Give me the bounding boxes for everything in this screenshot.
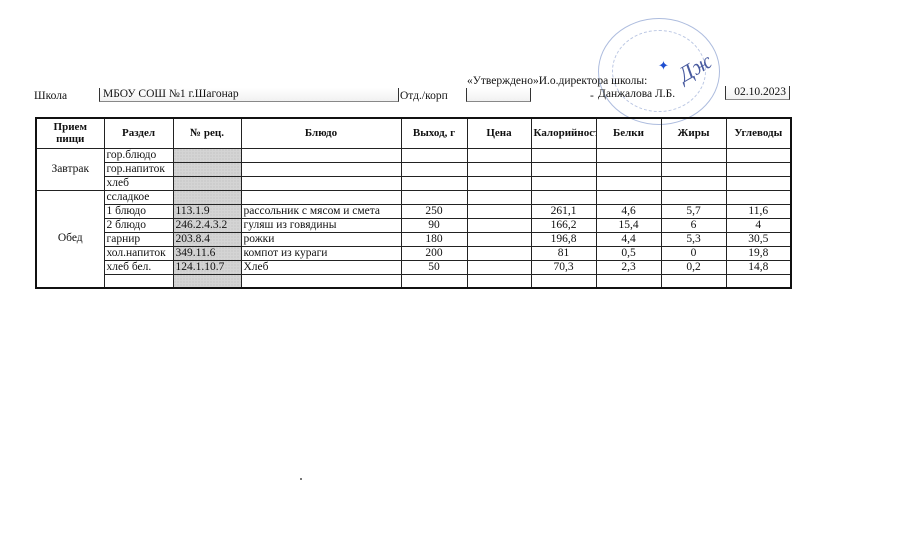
meal-name-cell: Завтрак [36,148,104,190]
calories-cell [531,190,596,204]
table-row: гарнир203.8.4рожки180196,84,45,330,5 [36,232,791,246]
date-field[interactable]: 02.10.2023 [725,86,790,100]
price-cell [467,176,531,190]
yield-cell [401,190,467,204]
fats-cell [661,162,726,176]
calories-cell: 261,1 [531,204,596,218]
table-row: хол.напиток349.11.6компот из кураги20081… [36,246,791,260]
recipe-cell [173,148,241,162]
carbs-cell [726,148,791,162]
scan-speck [300,478,302,480]
table-row: гор.напиток [36,162,791,176]
yield-cell [401,176,467,190]
dish-cell: Хлеб [241,260,401,274]
section-cell: гарнир [104,232,173,246]
carbs-cell: 19,8 [726,246,791,260]
proteins-cell [596,274,661,288]
meal-name-cell: Обед [36,190,104,288]
section-cell: 2 блюдо [104,218,173,232]
proteins-cell [596,190,661,204]
calories-cell [531,162,596,176]
col-proteins: Белки [596,118,661,148]
table-header-row: Прием пищи Раздел № рец. Блюдо Выход, г … [36,118,791,148]
col-section: Раздел [104,118,173,148]
price-cell [467,246,531,260]
fats-cell: 6 [661,218,726,232]
section-cell: ссладкое [104,190,173,204]
yield-cell: 180 [401,232,467,246]
col-carbs: Углеводы [726,118,791,148]
director-name: Данжалова Л.Б. [598,88,675,100]
yield-cell: 200 [401,246,467,260]
table-row: хлеб бел.124.1.10.7Хлеб5070,32,30,214,8 [36,260,791,274]
fats-cell: 5,7 [661,204,726,218]
dish-cell: компот из кураги [241,246,401,260]
price-cell [467,260,531,274]
fats-cell: 0,2 [661,260,726,274]
school-label: Школа [34,90,67,102]
fats-cell [661,274,726,288]
section-cell [104,274,173,288]
section-cell: хлеб бел. [104,260,173,274]
recipe-cell: 124.1.10.7 [173,260,241,274]
recipe-cell [173,274,241,288]
proteins-cell: 15,4 [596,218,661,232]
price-cell [467,162,531,176]
fats-cell [661,148,726,162]
calories-cell [531,274,596,288]
recipe-cell: 246.2.4.3.2 [173,218,241,232]
seal-emblem-icon: ✦ [658,58,669,74]
col-meal: Прием пищи [36,118,104,148]
calories-cell: 81 [531,246,596,260]
dish-cell: рожки [241,232,401,246]
school-field[interactable]: МБОУ СОШ №1 г.Шагонар [99,88,399,102]
approved-text: «Утверждено»И.о.директора школы: [467,75,647,87]
yield-cell [401,274,467,288]
proteins-cell [596,162,661,176]
section-cell: гор.блюдо [104,148,173,162]
table-row: 2 блюдо246.2.4.3.2гуляш из говядины90166… [36,218,791,232]
section-cell: хлеб [104,176,173,190]
dash-text: - [590,90,594,102]
section-cell: хол.напиток [104,246,173,260]
carbs-cell [726,190,791,204]
recipe-cell [173,162,241,176]
table-row: Обедссладкое [36,190,791,204]
carbs-cell: 30,5 [726,232,791,246]
table-row: 1 блюдо113.1.9рассольник с мясом и смета… [36,204,791,218]
recipe-cell: 203.8.4 [173,232,241,246]
section-cell: гор.напиток [104,162,173,176]
carbs-cell: 4 [726,218,791,232]
dish-cell [241,148,401,162]
col-yield: Выход, г [401,118,467,148]
col-recipe: № рец. [173,118,241,148]
dish-cell [241,190,401,204]
yield-cell: 50 [401,260,467,274]
col-price: Цена [467,118,531,148]
carbs-cell [726,274,791,288]
dept-field[interactable] [466,88,531,102]
recipe-cell: 113.1.9 [173,204,241,218]
fats-cell: 0 [661,246,726,260]
yield-cell [401,148,467,162]
carbs-cell [726,176,791,190]
price-cell [467,232,531,246]
calories-cell [531,148,596,162]
proteins-cell: 2,3 [596,260,661,274]
fats-cell [661,190,726,204]
proteins-cell: 4,4 [596,232,661,246]
price-cell [467,274,531,288]
menu-table: Прием пищи Раздел № рец. Блюдо Выход, г … [35,117,792,289]
col-fats: Жиры [661,118,726,148]
calories-cell: 70,3 [531,260,596,274]
calories-cell [531,176,596,190]
proteins-cell [596,176,661,190]
proteins-cell [596,148,661,162]
recipe-cell [173,190,241,204]
dish-cell: гуляш из говядины [241,218,401,232]
table-row [36,274,791,288]
dish-cell [241,274,401,288]
price-cell [467,148,531,162]
table-row: хлеб [36,176,791,190]
carbs-cell: 14,8 [726,260,791,274]
price-cell [467,204,531,218]
section-cell: 1 блюдо [104,204,173,218]
table-row: Завтракгор.блюдо [36,148,791,162]
recipe-cell [173,176,241,190]
dish-cell: рассольник с мясом и смета [241,204,401,218]
recipe-cell: 349.11.6 [173,246,241,260]
col-calories: Калорийность [531,118,596,148]
yield-cell: 90 [401,218,467,232]
dish-cell [241,162,401,176]
dept-label: Отд./корп [400,90,448,102]
fats-cell [661,176,726,190]
col-dish: Блюдо [241,118,401,148]
proteins-cell: 0,5 [596,246,661,260]
proteins-cell: 4,6 [596,204,661,218]
calories-cell: 166,2 [531,218,596,232]
fats-cell: 5,3 [661,232,726,246]
yield-cell: 250 [401,204,467,218]
carbs-cell: 11,6 [726,204,791,218]
yield-cell [401,162,467,176]
price-cell [467,218,531,232]
dish-cell [241,176,401,190]
carbs-cell [726,162,791,176]
calories-cell: 196,8 [531,232,596,246]
price-cell [467,190,531,204]
